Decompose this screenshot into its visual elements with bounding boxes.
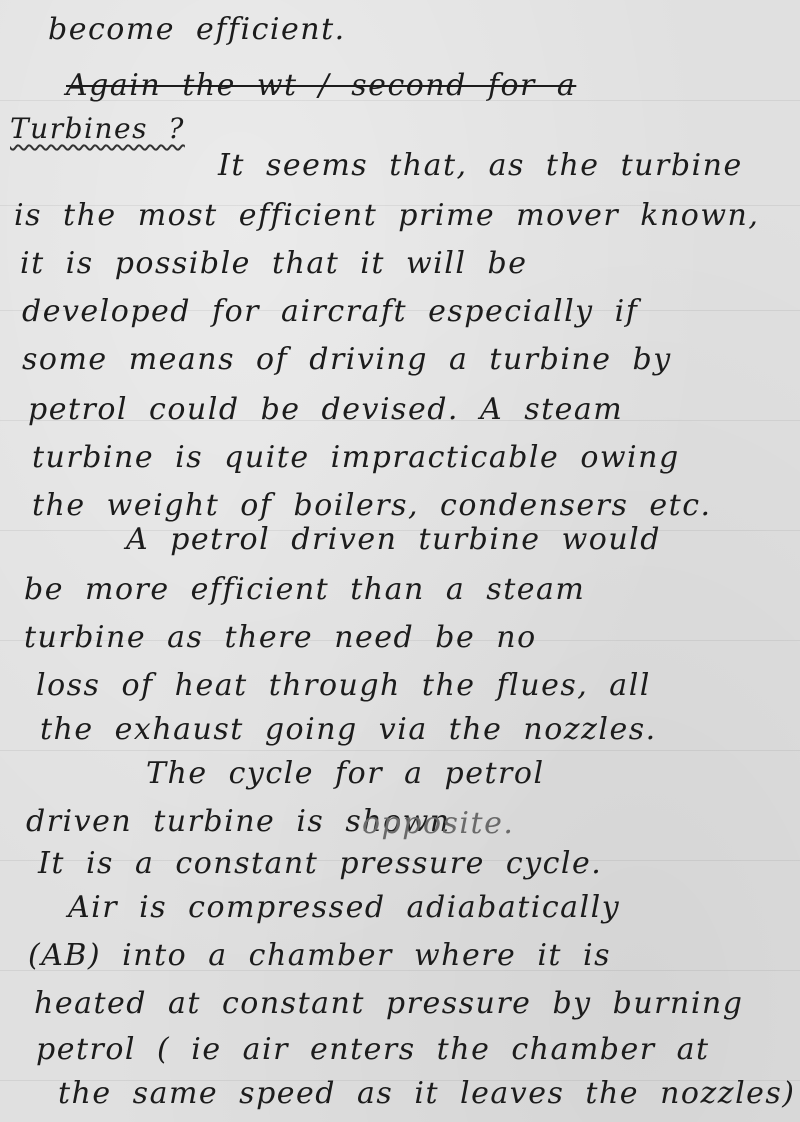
- text-line: loss of heat through the flues, all: [36, 668, 651, 703]
- text-line: (AB) into a chamber where it is: [28, 938, 611, 973]
- ruled-line: [0, 750, 800, 751]
- text-line: become efficient.: [48, 12, 346, 47]
- text-line: developed for aircraft especially if: [22, 294, 638, 329]
- text-line: is the most efficient prime mover known,: [14, 198, 759, 233]
- text-line: be more efficient than a steam: [24, 572, 585, 607]
- text-line: the weight of boilers, condensers etc.: [32, 488, 712, 523]
- text-line: It is a constant pressure cycle.: [38, 846, 602, 881]
- section-heading: Turbines ?: [10, 112, 185, 145]
- text-line: A petrol driven turbine would: [126, 522, 661, 557]
- text-line: Air is compressed adiabatically: [68, 890, 620, 925]
- text-line: the same speed as it leaves the nozzles): [58, 1076, 796, 1111]
- text-line: turbine is quite impracticable owing: [32, 440, 680, 475]
- struck-through-line: Again the wt / second for a: [66, 68, 576, 103]
- pencil-text: opposite.: [362, 806, 514, 841]
- text-line: the exhaust going via the nozzles.: [40, 712, 657, 747]
- text-line: petrol ( ie air enters the chamber at: [36, 1032, 710, 1067]
- text-line: The cycle for a petrol: [146, 756, 545, 791]
- text-line: It seems that, as the turbine: [218, 148, 743, 183]
- text-line: heated at constant pressure by burning: [34, 986, 743, 1021]
- text-line: some means of driving a turbine by: [22, 342, 672, 377]
- text-line: it is possible that it will be: [20, 246, 527, 281]
- text-line: turbine as there need be no: [24, 620, 537, 655]
- text-line: petrol could be devised. A steam: [28, 392, 623, 427]
- notebook-page: become efficient. Again the wt / second …: [0, 0, 800, 1122]
